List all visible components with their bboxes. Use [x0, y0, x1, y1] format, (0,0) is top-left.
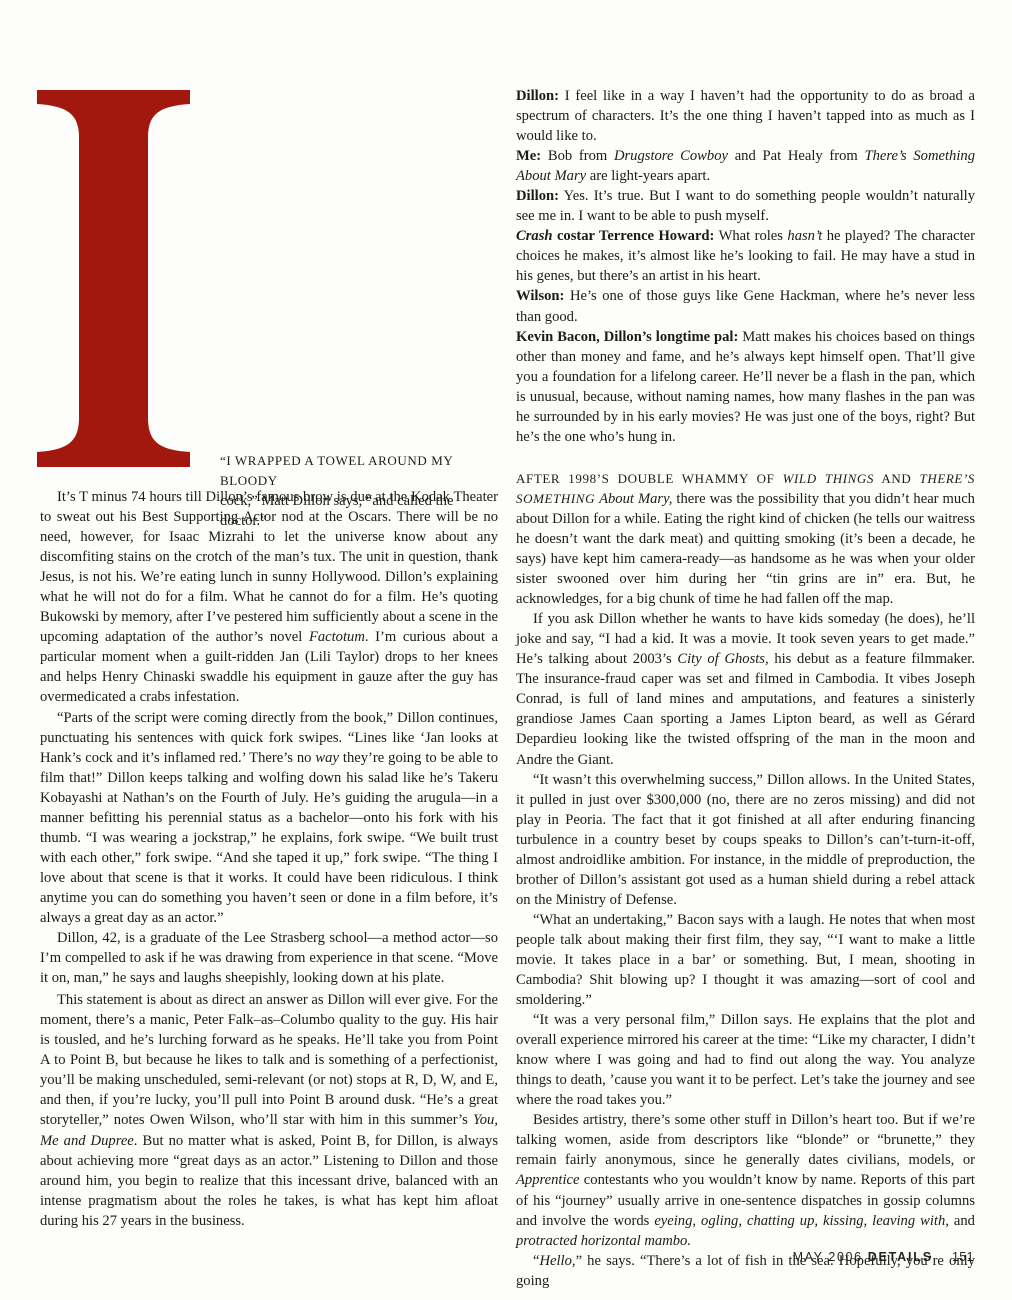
quote-speaker: Dillon: — [516, 188, 559, 204]
body-paragraph: Dillon, 42, is a graduate of the Lee Str… — [40, 928, 498, 988]
dropcap-letter-i — [37, 90, 190, 467]
interview-quote: Dillon: Yes. It’s true. But I want to do… — [516, 186, 975, 226]
text-run: He’s one of those guys like Gene Hackman… — [516, 288, 975, 324]
text-run: Matt makes his choices based on things o… — [516, 329, 975, 445]
text-run: “It was a very personal film,” Dillon sa… — [516, 1012, 975, 1108]
text-run: What roles — [714, 228, 787, 244]
text-run: “What an undertaking,” Bacon says with a… — [516, 912, 975, 1008]
dropcap-glyph — [37, 90, 190, 467]
text-run: Dillon: — [516, 88, 559, 104]
text-run: are light-years apart. — [586, 168, 710, 184]
body-paragraph: If you ask Dillon whether he wants to ha… — [516, 609, 975, 769]
italic-text: WILD THINGS — [783, 471, 874, 486]
italic-text: About Mary, — [599, 491, 672, 507]
text-run: and — [949, 1213, 975, 1229]
text-run: Besides artistry, there’s some other stu… — [516, 1112, 975, 1168]
italic-text: Crash — [516, 228, 553, 244]
body-paragraph: This statement is about as direct an ans… — [40, 990, 498, 1231]
interview-quote: Crash costar Terrence Howard: What roles… — [516, 226, 975, 286]
text-run: Dillon: — [516, 188, 559, 204]
interview-quote: Wilson: He’s one of those guys like Gene… — [516, 286, 975, 326]
page-number: 151 — [952, 1250, 974, 1264]
body-paragraph: It’s T minus 74 hours till Dillon’s famo… — [40, 487, 498, 708]
text-run: Kevin Bacon, Dillon’s longtime pal: — [516, 329, 738, 345]
interview-quote: Me: Bob from Drugstore Cowboy and Pat He… — [516, 146, 975, 186]
italic-text: Apprentice — [516, 1172, 579, 1188]
right-column: Dillon: I feel like in a way I haven’t h… — [516, 86, 975, 1291]
italic-text: eyeing, ogling, chatting up, kissing, le… — [654, 1213, 949, 1229]
lede-caps: “I WRAPPED A TOWEL AROUND MY BLOODY — [220, 453, 453, 488]
text-run: AND — [874, 471, 920, 486]
magazine-brand: DETAILS — [868, 1250, 933, 1264]
interview-quote: Kevin Bacon, Dillon’s longtime pal: Matt… — [516, 327, 975, 447]
italic-text: City of Ghosts, — [677, 651, 768, 667]
italic-text: way — [315, 750, 339, 766]
quote-list: Dillon: I feel like in a way I haven’t h… — [516, 86, 975, 447]
body-paragraph: “It was a very personal film,” Dillon sa… — [516, 1010, 975, 1110]
text-run: they’re going to be able to film that!” … — [40, 750, 498, 926]
italic-text: hasn’t — [787, 228, 822, 244]
text-run: Yes. It’s true. But I want to do somethi… — [516, 188, 975, 224]
section-two-body: If you ask Dillon whether he wants to ha… — [516, 609, 975, 1291]
issue-date: MAY 2006 — [793, 1250, 863, 1264]
section-two-lead: AFTER 1998’S DOUBLE WHAMMY OF WILD THING… — [516, 469, 975, 609]
quote-speaker: Kevin Bacon, Dillon’s longtime pal: — [516, 329, 738, 345]
italic-text: Hello, — [539, 1253, 575, 1269]
text-run: Me: — [516, 148, 541, 164]
text-run: Wilson: — [516, 288, 564, 304]
text-run: I feel like in a way I haven’t had the o… — [516, 88, 975, 144]
body-paragraph: Besides artistry, there’s some other stu… — [516, 1110, 975, 1250]
text-run: It’s T minus 74 hours till Dillon’s famo… — [40, 489, 498, 645]
page-footer: MAY 2006 DETAILS 151 — [793, 1250, 974, 1264]
body-paragraph: “It wasn’t this overwhelming success,” D… — [516, 770, 975, 910]
text-run: costar Terrence Howard: — [553, 228, 715, 244]
text-run: his debut as a feature filmmaker. The in… — [516, 651, 975, 767]
quote-speaker: Dillon: — [516, 88, 559, 104]
left-column: It’s T minus 74 hours till Dillon’s famo… — [40, 487, 498, 1231]
italic-text: Drugstore Cowboy — [614, 148, 728, 164]
italic-text: Factotum — [309, 629, 365, 645]
quote-speaker: Wilson: — [516, 288, 564, 304]
body-paragraph: “What an undertaking,” Bacon says with a… — [516, 910, 975, 1010]
text-run: Dillon, 42, is a graduate of the Lee Str… — [40, 930, 498, 986]
quote-speaker: Crash costar Terrence Howard: — [516, 228, 714, 244]
text-run: there was the possibility that you didn’… — [516, 491, 975, 607]
text-run: Bob from — [541, 148, 614, 164]
text-run: and Pat Healy from — [728, 148, 865, 164]
text-run: AFTER 1998’S DOUBLE WHAMMY OF — [516, 471, 783, 486]
text-run: This statement is about as direct an ans… — [40, 992, 498, 1128]
quote-speaker: Me: — [516, 148, 541, 164]
italic-text: protracted horizontal mambo. — [516, 1233, 691, 1249]
text-run: “It wasn’t this overwhelming success,” D… — [516, 772, 975, 908]
interview-quote: Dillon: I feel like in a way I haven’t h… — [516, 86, 975, 146]
body-paragraph: “Parts of the script were coming directl… — [40, 708, 498, 929]
